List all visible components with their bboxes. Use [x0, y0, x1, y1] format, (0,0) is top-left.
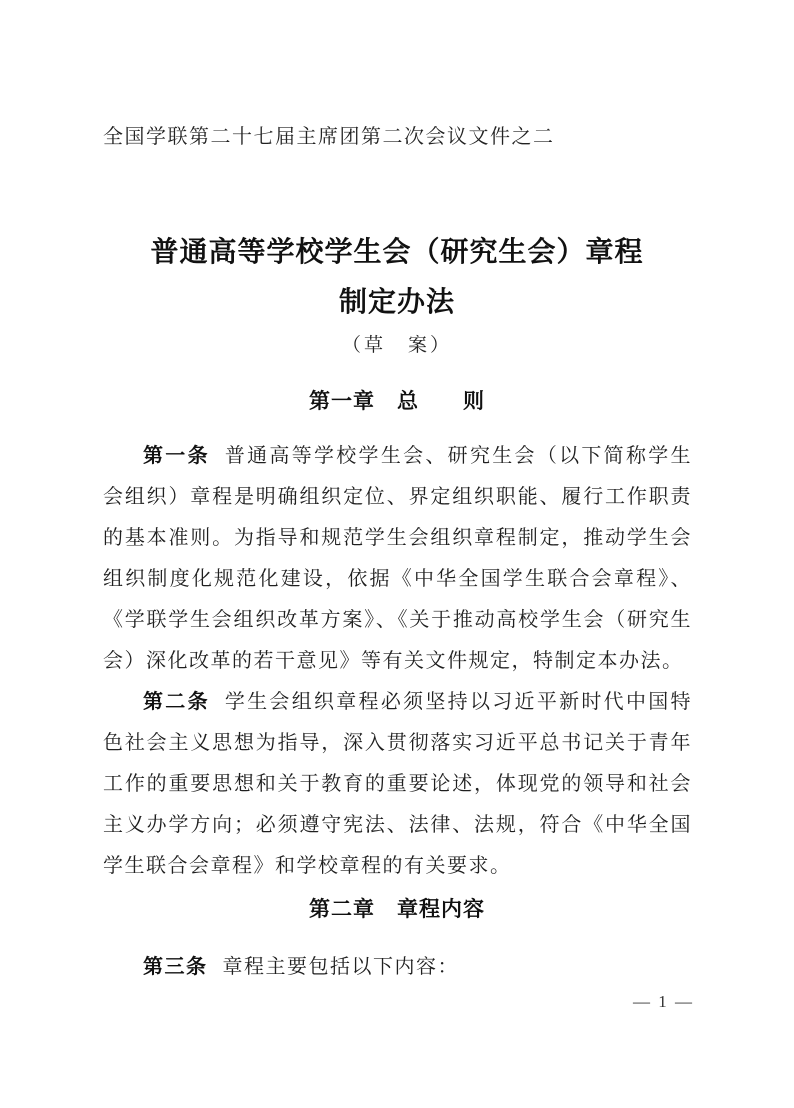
document-title: 普通高等学校学生会（研究生会）章程 制定办法: [0, 228, 794, 328]
draft-label: （草 案）: [0, 330, 794, 357]
article-2: 第二条学生会组织章程必须坚持以习近平新时代中国特色社会主义思想为指导，深入贯彻落…: [103, 682, 692, 887]
article-1: 第一条普通高等学校学生会、研究生会（以下简称学生会组织）章程是明确组织定位、界定…: [103, 436, 692, 682]
chapter-1-body: 第一条普通高等学校学生会、研究生会（以下简称学生会组织）章程是明确组织定位、界定…: [103, 436, 692, 887]
article-1-text: 普通高等学校学生会、研究生会（以下简称学生会组织）章程是明确组织定位、界定组织职…: [103, 445, 692, 672]
article-1-label: 第一条: [143, 445, 210, 467]
article-2-text: 学生会组织章程必须坚持以习近平新时代中国特色社会主义思想为指导，深入贯彻落实习近…: [103, 691, 692, 877]
document-page: 全国学联第二十七届主席团第二次会议文件之二 普通高等学校学生会（研究生会）章程 …: [0, 0, 794, 1108]
article-3-text: 章程主要包括以下内容：: [223, 956, 460, 978]
document-title-line1: 普通高等学校学生会（研究生会）章程: [0, 228, 794, 278]
document-title-line2: 制定办法: [0, 278, 794, 328]
document-header: 全国学联第二十七届主席团第二次会议文件之二: [103, 120, 555, 149]
chapter-2-heading: 第二章 章程内容: [0, 893, 794, 923]
chapter-1-heading: 第一章 总 则: [0, 385, 794, 415]
chapter-2-body: 第三条章程主要包括以下内容：: [103, 947, 692, 988]
article-3: 第三条章程主要包括以下内容：: [103, 947, 692, 988]
page-number: — 1 —: [633, 992, 694, 1012]
article-2-label: 第二条: [143, 691, 210, 713]
article-3-label: 第三条: [143, 956, 208, 978]
